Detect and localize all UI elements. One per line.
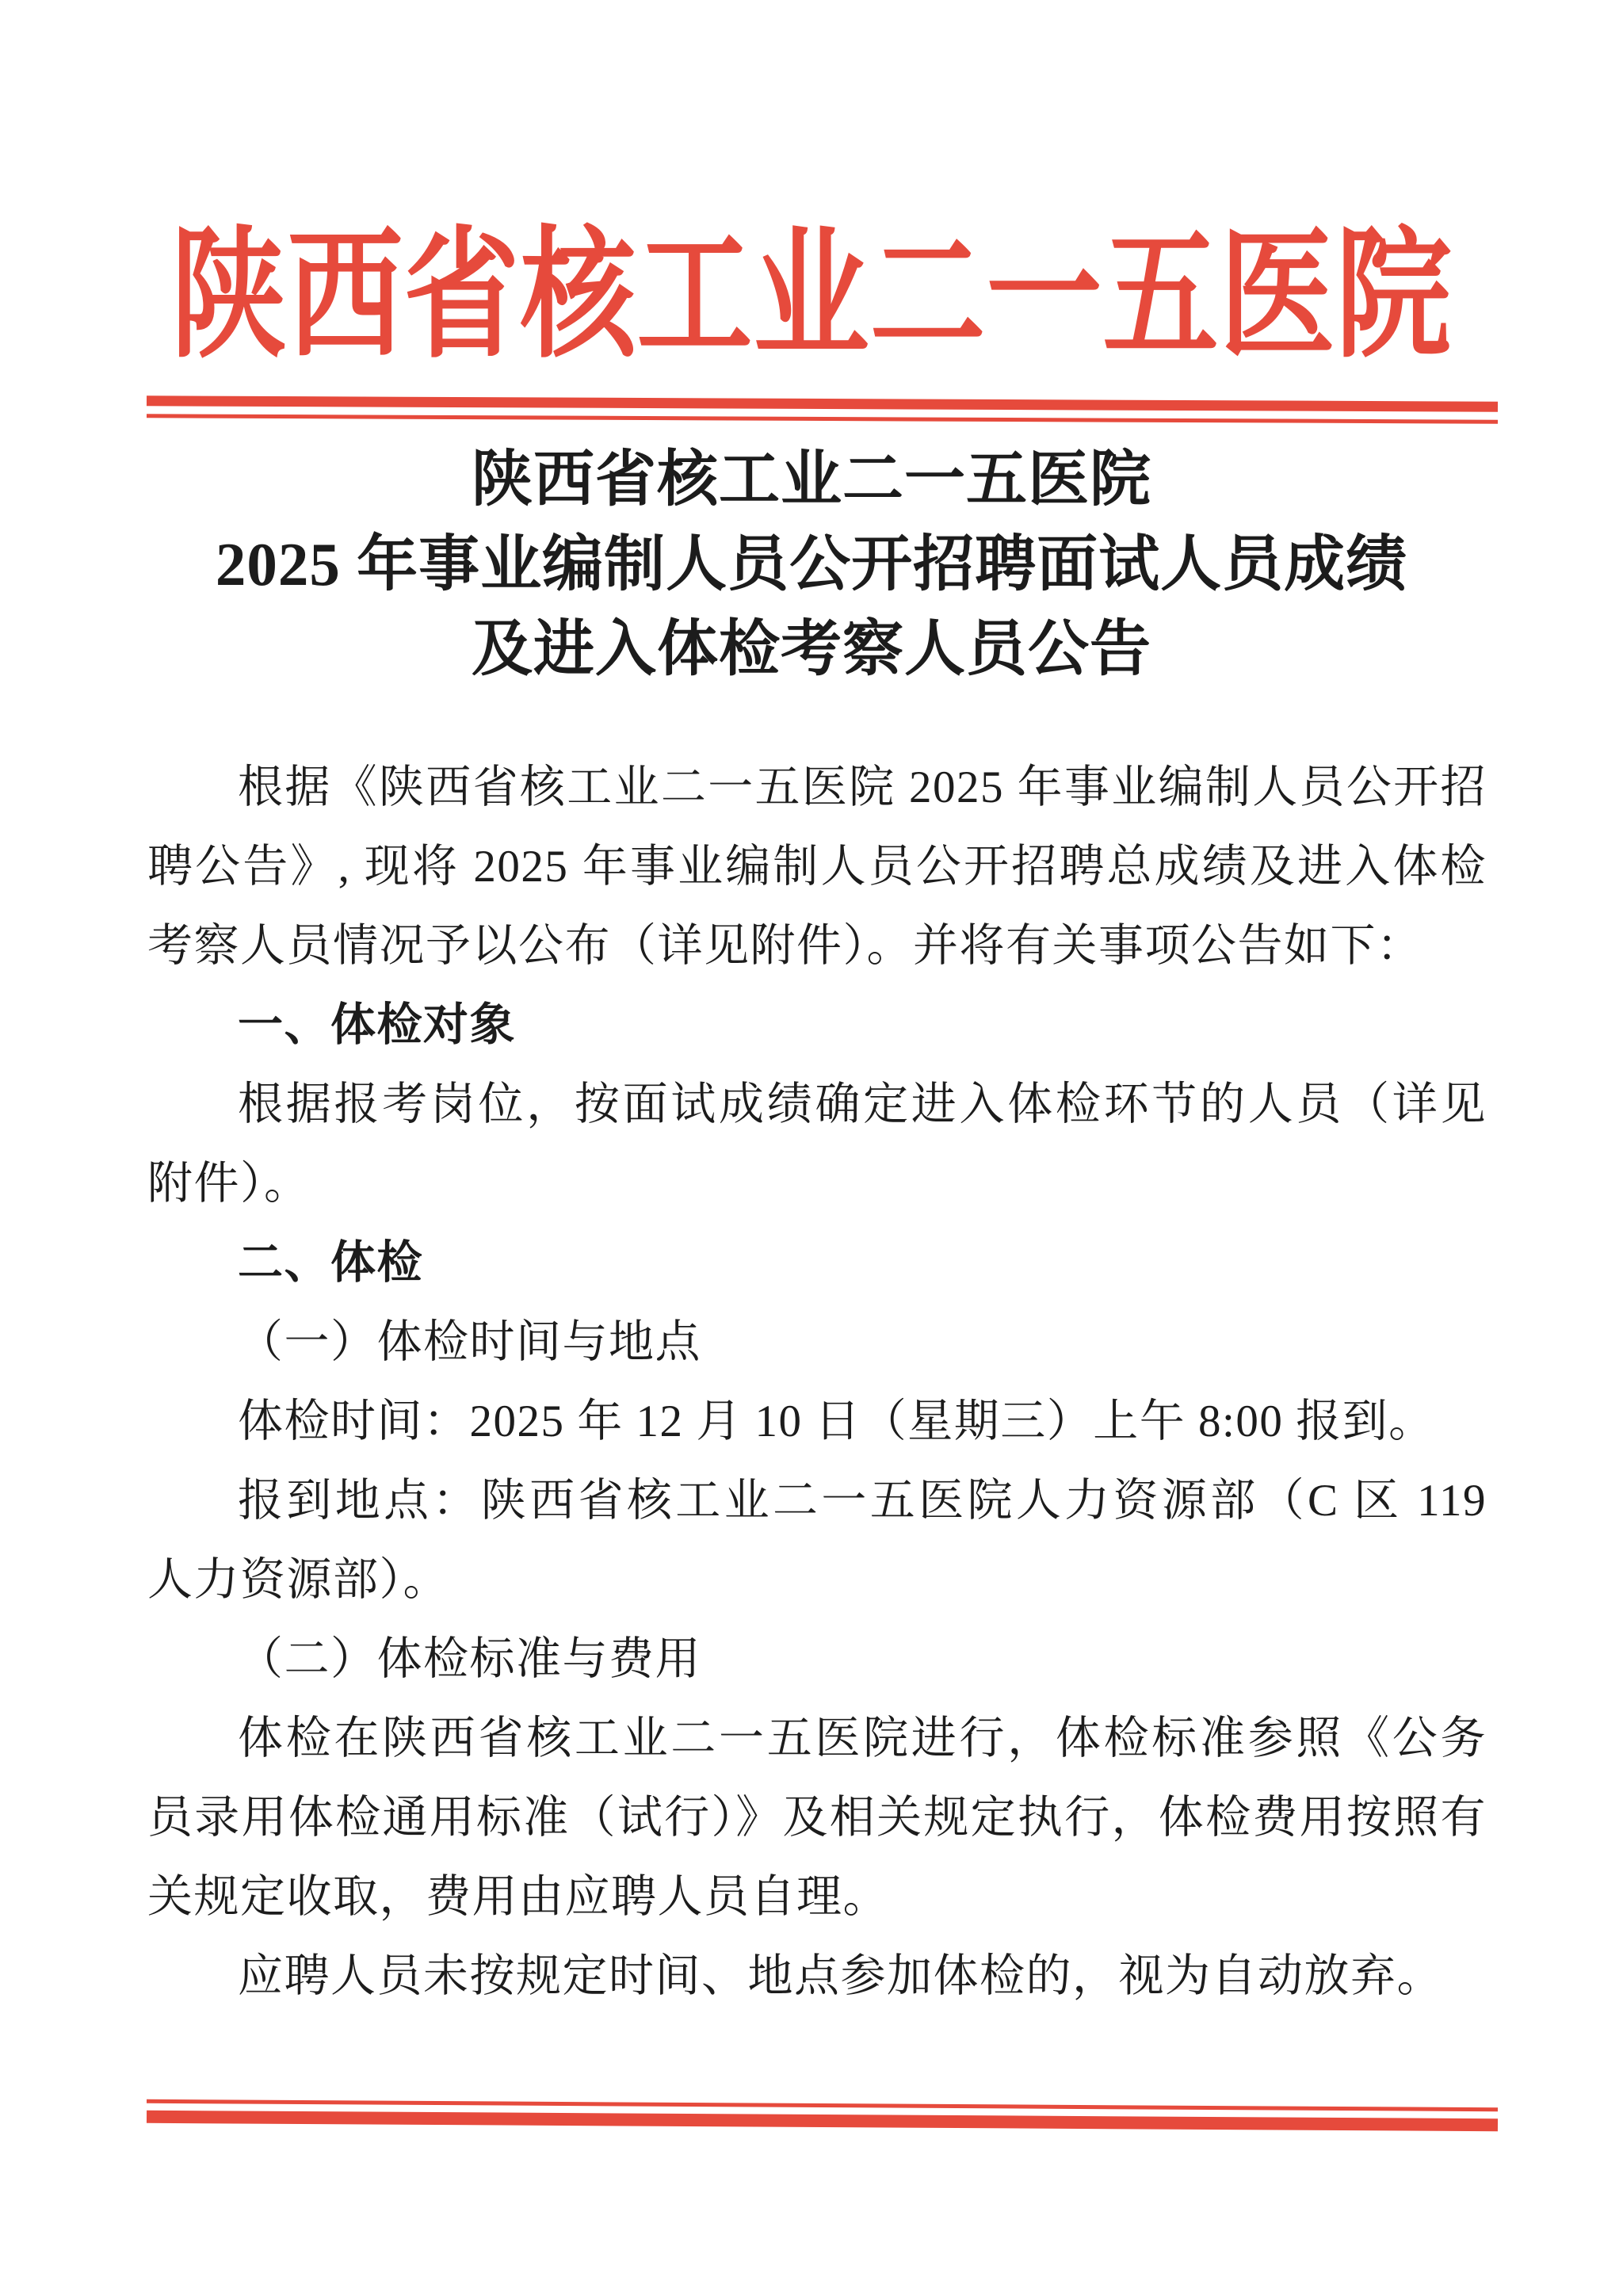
section-heading-1: 一、体检对象 (147, 986, 1487, 1065)
document-title-line-1: 陕西省核工业二一五医院 (0, 437, 1623, 522)
subsection-heading-standard-fee: （二）体检标准与费用 (147, 1620, 1487, 1699)
letterhead-rule-thick (147, 395, 1498, 411)
footer-rule-thick (147, 2111, 1498, 2131)
footer-rule-thin (147, 2099, 1498, 2111)
document-body: 根据《陕西省核工业二一五医院 2025 年事业编制人员公开招聘公告》, 现将 2… (147, 748, 1487, 2016)
paragraph-intro: 根据《陕西省核工业二一五医院 2025 年事业编制人员公开招聘公告》, 现将 2… (147, 748, 1487, 986)
document-page: 陕西省核工业二一五医院 陕西省核工业二一五医院 2025 年事业编制人员公开招聘… (0, 0, 1623, 2296)
letterhead-rule-thin (147, 414, 1498, 423)
document-title-line-2: 2025 年事业编制人员公开招聘面试人员成绩 (0, 522, 1623, 607)
paragraph-exam-standard: 体检在陕西省核工业二一五医院进行，体检标准参照《公务员录用体检通用标准（试行）》… (147, 1699, 1487, 1937)
subsection-heading-time-place: （一）体检时间与地点 (147, 1303, 1487, 1382)
document-title: 陕西省核工业二一五医院 2025 年事业编制人员公开招聘面试人员成绩 及进入体检… (0, 437, 1623, 692)
paragraph-no-show: 应聘人员未按规定时间、地点参加体检的，视为自动放弃。 (147, 1937, 1487, 2016)
section-heading-2: 二、体检 (147, 1224, 1487, 1303)
document-title-line-3: 及进入体检考察人员公告 (0, 607, 1623, 692)
paragraph-report-place: 报到地点：陕西省核工业二一五医院人力资源部（C 区 119 人力资源部）。 (147, 1461, 1487, 1620)
paragraph-exam-time: 体检时间：2025 年 12 月 10 日（星期三）上午 8:00 报到。 (147, 1382, 1487, 1461)
letterhead-hospital-name: 陕西省核工业二一五医院 (0, 200, 1623, 393)
paragraph-exam-subjects: 根据报考岗位，按面试成绩确定进入体检环节的人员（详见附件）。 (147, 1065, 1487, 1224)
